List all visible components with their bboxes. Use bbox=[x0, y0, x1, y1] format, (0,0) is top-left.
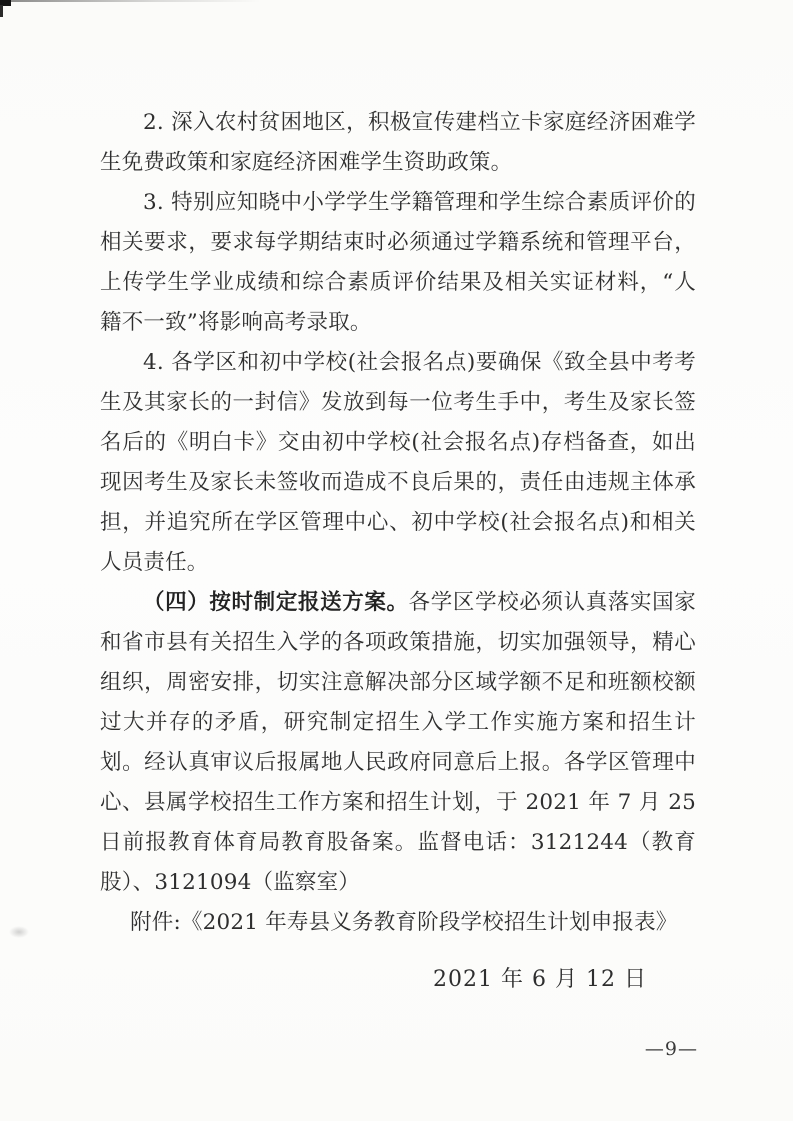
page-number: —9— bbox=[645, 1037, 698, 1061]
section-4-body-text: 各学区学校必须认真落实国家和省市县有关招生入学的各项政策措施，切实加强领导，精心… bbox=[100, 590, 696, 895]
paragraph-item-3: 3. 特别应知晓中小学学生学籍管理和学生综合素质评价的相关要求，要求每学期结束时… bbox=[100, 183, 696, 343]
paragraph-item-2: 2. 深入农村贫困地区，积极宣传建档立卡家庭经济困难学生免费政策和家庭经济困难学… bbox=[100, 103, 696, 183]
section-4-heading: （四）按时制定报送方案。 bbox=[143, 590, 409, 615]
document-body: 2. 深入农村贫困地区，积极宣传建档立卡家庭经济困难学生免费政策和家庭经济困难学… bbox=[100, 103, 696, 1000]
scan-artifact-corner-tail bbox=[0, 5, 3, 17]
scan-artifact-smudge bbox=[9, 926, 29, 938]
scan-artifact-top-line bbox=[0, 0, 260, 2]
scanned-document-page: 2. 深入农村贫困地区，积极宣传建档立卡家庭经济困难学生免费政策和家庭经济困难学… bbox=[0, 0, 793, 1121]
paragraph-item-4: 4. 各学区和初中学校(社会报名点)要确保《致全县中考考生及其家长的一封信》发放… bbox=[100, 343, 696, 583]
attachment-line: 附件:《2021 年寿县义务教育阶段学校招生计划申报表》 bbox=[100, 903, 696, 943]
document-date: 2021 年 6 月 12 日 bbox=[100, 960, 696, 1000]
paragraph-section-4: （四）按时制定报送方案。各学区学校必须认真落实国家和省市县有关招生入学的各项政策… bbox=[100, 583, 696, 903]
